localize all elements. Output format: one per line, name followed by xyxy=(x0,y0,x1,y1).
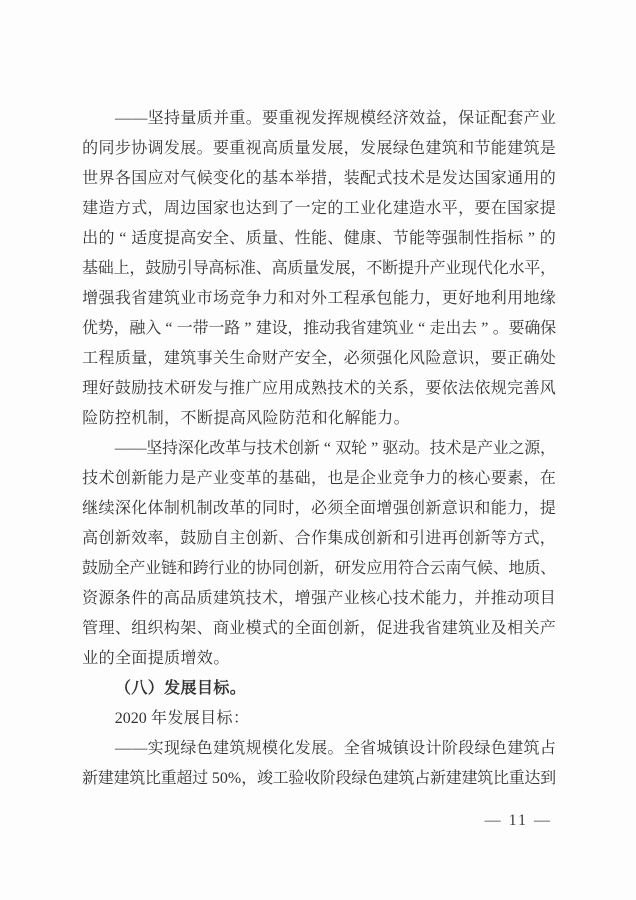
glyph: 入 xyxy=(145,314,161,344)
text-line: 险防控机制，不断提高风险防范和化解能力。 xyxy=(82,404,556,434)
glyph: 走 xyxy=(430,314,446,344)
glyph: 防 xyxy=(98,404,114,434)
glyph: 化 xyxy=(278,734,294,764)
glyph: 集 xyxy=(327,524,343,554)
glyph: 色 xyxy=(491,734,507,764)
text-line: 工程质量，建筑事关生命财产安全，必须强化风险意识，要正确处 xyxy=(82,344,556,374)
glyph: 解 xyxy=(344,404,360,434)
glyph: ） xyxy=(148,674,164,704)
glyph: ， xyxy=(474,344,490,374)
glyph: 建 xyxy=(82,194,98,224)
glyph: 时 xyxy=(278,494,294,524)
glyph: 场 xyxy=(213,284,229,314)
glyph: 产 xyxy=(540,614,556,644)
glyph: 是 xyxy=(344,464,360,494)
glyph: 创 xyxy=(245,524,261,554)
glyph: 世 xyxy=(82,164,98,194)
glyph: 全 xyxy=(344,734,360,764)
glyph: 安 xyxy=(294,344,310,374)
text-line: 高创新效率，鼓励自主创新、合作集成创新和引进再创新等方式， xyxy=(82,524,556,554)
glyph: 理 xyxy=(82,374,98,404)
glyph: 广 xyxy=(245,374,261,404)
glyph: 业 xyxy=(145,554,161,584)
glyph: — xyxy=(131,434,147,464)
glyph: 管 xyxy=(82,614,98,644)
glyph: 占 xyxy=(540,734,556,764)
glyph: 筑 xyxy=(180,344,196,374)
glyph: 重 xyxy=(229,104,245,134)
glyph: 风 xyxy=(540,374,556,404)
glyph: 模 xyxy=(262,734,278,764)
glyph: 效 xyxy=(409,104,425,134)
glyph: ， xyxy=(294,494,310,524)
glyph: — xyxy=(115,104,131,134)
glyph: 建 xyxy=(147,284,163,314)
glyph: 造 xyxy=(98,194,114,224)
glyph: 财 xyxy=(262,344,278,374)
glyph: 技 xyxy=(327,374,343,404)
glyph: 视 xyxy=(295,104,311,134)
glyph: 地 xyxy=(509,554,525,584)
glyph: 经 xyxy=(376,104,392,134)
glyph: 动 xyxy=(319,314,335,344)
glyph: 术 xyxy=(262,584,278,614)
text-line: 技术创新能力是产业变革的基础，也是企业竞争力的核心要素，在 xyxy=(82,464,556,494)
glyph: 系 xyxy=(393,374,409,404)
glyph: 展 xyxy=(327,134,343,164)
glyph: 件 xyxy=(131,584,147,614)
glyph: “ xyxy=(414,314,430,344)
glyph: 业 xyxy=(180,284,196,314)
glyph: ， xyxy=(241,764,257,794)
glyph: 能 xyxy=(393,284,409,314)
glyph: 基 xyxy=(82,254,98,284)
glyph: 用 xyxy=(382,554,398,584)
glyph: 的 xyxy=(245,494,261,524)
glyph: 重 xyxy=(229,134,245,164)
glyph: 重 xyxy=(278,104,294,134)
glyph: 能 xyxy=(147,464,163,494)
glyph: 建 xyxy=(442,614,458,644)
glyph: 面 xyxy=(311,614,327,644)
glyph: 标 xyxy=(216,704,232,734)
glyph: 。 xyxy=(213,644,229,674)
glyph: 能 xyxy=(491,134,507,164)
glyph: 构 xyxy=(164,614,180,644)
indent-spacer xyxy=(82,674,115,704)
glyph: 新 xyxy=(304,434,320,464)
glyph: ， xyxy=(540,524,556,554)
glyph: “ xyxy=(115,224,131,254)
glyph: 控 xyxy=(115,404,131,434)
glyph: 力 xyxy=(262,284,278,314)
glyph: 也 xyxy=(327,464,343,494)
glyph: 发 xyxy=(164,134,180,164)
glyph: 再 xyxy=(442,524,458,554)
glyph: 改 xyxy=(213,494,229,524)
glyph: 设 xyxy=(272,314,288,344)
glyph: 不 xyxy=(366,254,382,284)
glyph: 的 xyxy=(147,584,163,614)
glyph: 术 xyxy=(446,434,462,464)
glyph: 提 xyxy=(148,644,164,674)
indent-spacer xyxy=(82,104,115,134)
glyph: ， xyxy=(409,374,425,404)
glyph: 目 xyxy=(197,674,213,704)
glyph: — xyxy=(115,734,131,764)
glyph: “ xyxy=(161,314,177,344)
glyph: 筑 xyxy=(523,134,539,164)
glyph: 品 xyxy=(180,584,196,614)
glyph: 年 xyxy=(151,704,167,734)
glyph: 和 xyxy=(458,134,474,164)
glyph: ， xyxy=(523,464,539,494)
glyph: 边 xyxy=(180,194,196,224)
glyph: 术 xyxy=(409,584,425,614)
glyph: 了 xyxy=(278,194,294,224)
glyph: ： xyxy=(233,704,249,734)
glyph: 提 xyxy=(398,254,414,284)
glyph: 依 xyxy=(474,374,490,404)
glyph: 重 xyxy=(161,764,177,794)
glyph: 规 xyxy=(246,734,262,764)
glyph: 链 xyxy=(161,554,177,584)
glyph: 要 xyxy=(213,134,229,164)
glyph: — xyxy=(131,104,147,134)
glyph: 、 xyxy=(256,254,272,284)
glyph: 发 xyxy=(360,134,376,164)
glyph: 并 xyxy=(213,104,229,134)
glyph: 方 xyxy=(507,524,523,554)
glyph: 术 xyxy=(164,374,180,404)
glyph: 术 xyxy=(272,434,288,464)
glyph: 能 xyxy=(311,224,327,254)
text-line: ——实现绿色建筑规模化发展。全省城镇设计阶段绿色建筑占 xyxy=(82,734,556,764)
glyph: 产 xyxy=(278,344,294,374)
glyph: 筑 xyxy=(399,764,415,794)
glyph: 筑 xyxy=(164,284,180,314)
glyph: 产 xyxy=(196,464,212,494)
glyph: 力 xyxy=(507,494,523,524)
glyph: 发 xyxy=(295,734,311,764)
glyph: ” xyxy=(367,434,383,464)
glyph: 化 xyxy=(376,194,392,224)
glyph: ， xyxy=(360,614,376,644)
glyph: 色 xyxy=(409,134,425,164)
glyph: 造 xyxy=(409,194,425,224)
glyph: 生 xyxy=(229,344,245,374)
glyph: 条 xyxy=(115,584,131,614)
glyph: 也 xyxy=(229,194,245,224)
glyph: 驱 xyxy=(383,434,399,464)
text-line: 出的“适度提高安全、质量、性能、健康、节能等强制性指标”的 xyxy=(82,224,556,254)
glyph: 业 xyxy=(82,644,98,674)
glyph: 业 xyxy=(229,614,245,644)
glyph: 业 xyxy=(540,104,556,134)
glyph: 节 xyxy=(474,134,490,164)
glyph: 须 xyxy=(327,494,343,524)
glyph: 省 xyxy=(360,734,376,764)
glyph: 程 xyxy=(344,284,360,314)
glyph: ， xyxy=(344,134,360,164)
glyph: 应 xyxy=(147,164,163,194)
glyph: 方 xyxy=(115,194,131,224)
glyph: 和 xyxy=(177,554,193,584)
glyph: 必 xyxy=(311,494,327,524)
glyph: 举 xyxy=(294,164,310,194)
glyph: 之 xyxy=(509,434,525,464)
glyph: 展 xyxy=(335,254,351,284)
glyph: ， xyxy=(327,344,343,374)
glyph: 协 xyxy=(131,134,147,164)
glyph: 出 xyxy=(445,314,461,344)
glyph: 调 xyxy=(147,134,163,164)
glyph: 成 xyxy=(294,374,310,404)
glyph: 企 xyxy=(360,464,376,494)
glyph: 云 xyxy=(430,554,446,584)
glyph: 化 xyxy=(194,434,210,464)
glyph: 标 xyxy=(224,254,240,284)
indent-spacer xyxy=(82,704,115,734)
glyph: 家 xyxy=(491,164,507,194)
glyph: 用 xyxy=(278,374,294,404)
glyph: 化 xyxy=(393,344,409,374)
glyph: 导 xyxy=(193,254,209,284)
glyph: 能 xyxy=(361,404,377,434)
text-line: ——坚持深化改革与技术创新“双轮”驱动。技术是产业之源， xyxy=(82,434,556,464)
glyph: 新 xyxy=(115,524,131,554)
glyph: 省 xyxy=(131,284,147,314)
glyph: 强 xyxy=(393,494,409,524)
glyph: 达 xyxy=(458,164,474,194)
glyph: 出 xyxy=(82,224,98,254)
glyph: 推 xyxy=(229,374,245,404)
glyph: 水 xyxy=(509,254,525,284)
glyph: 康 xyxy=(360,224,376,254)
glyph: 质 xyxy=(115,344,131,374)
glyph: ” xyxy=(240,314,256,344)
glyph: 路 xyxy=(224,314,240,344)
glyph: 适 xyxy=(131,224,147,254)
glyph: 新 xyxy=(303,554,319,584)
glyph: 现 xyxy=(461,254,477,284)
text-line: （八）发展目标。 xyxy=(82,674,556,704)
glyph: 超 xyxy=(176,764,192,794)
glyph: 制 xyxy=(458,224,474,254)
glyph: 候 xyxy=(477,554,493,584)
glyph: 促 xyxy=(376,614,392,644)
glyph: 证 xyxy=(474,104,490,134)
glyph: 核 xyxy=(360,584,376,614)
glyph: 事 xyxy=(196,344,212,374)
glyph: 业 xyxy=(360,194,376,224)
glyph: 机 xyxy=(131,404,147,434)
glyph: 依 xyxy=(442,374,458,404)
glyph: 面 xyxy=(131,644,147,674)
glyph: 等 xyxy=(425,224,441,254)
text-line: 新建建筑比重超过 50%，竣工验收阶段绿色建筑占新建建筑比重达到 xyxy=(82,764,556,794)
glyph: 高 xyxy=(164,584,180,614)
glyph: 变 xyxy=(213,164,229,194)
glyph: 增 xyxy=(180,644,196,674)
glyph: 。 xyxy=(414,434,430,464)
glyph: 是 xyxy=(461,434,477,464)
glyph: 力 xyxy=(442,584,458,614)
glyph: 色 xyxy=(197,734,213,764)
glyph: 业 xyxy=(376,464,392,494)
glyph: 建 xyxy=(366,314,382,344)
glyph: 对 xyxy=(164,164,180,194)
glyph: 用 xyxy=(523,164,539,194)
glyph: 自 xyxy=(213,524,229,554)
glyph: 筑 xyxy=(458,614,474,644)
glyph: 建 xyxy=(383,764,399,794)
glyph: 工 xyxy=(82,344,98,374)
glyph: 断 xyxy=(382,254,398,284)
glyph: 继 xyxy=(82,494,98,524)
text-line: 优势，融入“一带一路”建设，推动我省建筑业“走出去”。要确保 xyxy=(82,314,556,344)
glyph: 竞 xyxy=(229,284,245,314)
glyph: 我 xyxy=(409,614,425,644)
glyph: 新 xyxy=(376,524,392,554)
glyph: ， xyxy=(278,584,294,614)
glyph: ， xyxy=(147,344,163,374)
glyph: 产 xyxy=(523,104,539,134)
glyph: 色 xyxy=(367,764,383,794)
text-line: 建造方式，周边国家也达到了一定的工业化建造水平，要在国家提 xyxy=(82,194,556,224)
glyph: ” xyxy=(477,314,493,344)
text-line: 业的全面提质增效。 xyxy=(82,644,556,674)
glyph: 建 xyxy=(393,194,409,224)
glyph: 技 xyxy=(147,374,163,404)
glyph: ， xyxy=(311,464,327,494)
glyph: 措 xyxy=(311,164,327,194)
glyph: 产 xyxy=(477,434,493,464)
text-line: 管理、组织构架、商业模式的全面创新，促进我省建筑业及相关产 xyxy=(82,614,556,644)
glyph: 创 xyxy=(115,464,131,494)
glyph: 一 xyxy=(208,314,224,344)
glyph: 视 xyxy=(245,134,261,164)
glyph: 技 xyxy=(245,584,261,614)
glyph: 配 xyxy=(491,104,507,134)
glyph: 。 xyxy=(196,134,212,164)
glyph: 济 xyxy=(393,104,409,134)
glyph: 性 xyxy=(294,224,310,254)
glyph: 符 xyxy=(398,554,414,584)
glyph: 作 xyxy=(311,524,327,554)
glyph: 模 xyxy=(360,104,376,134)
glyph: 技 xyxy=(82,464,98,494)
glyph: 面 xyxy=(360,494,376,524)
glyph: 建 xyxy=(98,764,114,794)
glyph: 阶 xyxy=(320,764,336,794)
glyph: ， xyxy=(458,584,474,614)
glyph: 同 xyxy=(262,494,278,524)
glyph: 创 xyxy=(409,494,425,524)
glyph: 段 xyxy=(458,734,474,764)
glyph: 好 xyxy=(458,284,474,314)
glyph: 通 xyxy=(507,164,523,194)
glyph: 组 xyxy=(131,614,147,644)
glyph: 的 xyxy=(262,464,278,494)
glyph: ， xyxy=(458,194,474,224)
glyph: 规 xyxy=(344,104,360,134)
glyph: 式 xyxy=(262,614,278,644)
glyph: 源 xyxy=(524,434,540,464)
glyph: 项 xyxy=(523,584,539,614)
glyph: 到 xyxy=(540,764,556,794)
glyph: “ xyxy=(320,434,336,464)
glyph: 我 xyxy=(335,314,351,344)
glyph: 带 xyxy=(193,314,209,344)
glyph: 源 xyxy=(98,584,114,614)
glyph: 周 xyxy=(164,194,180,224)
glyph: 化 xyxy=(229,164,245,194)
glyph: 全 xyxy=(344,494,360,524)
glyph: 保 xyxy=(540,314,556,344)
glyph: 制 xyxy=(148,404,164,434)
glyph: 省 xyxy=(351,314,367,344)
glyph: 规 xyxy=(491,374,507,404)
glyph: 省 xyxy=(425,614,441,644)
glyph: 革 xyxy=(225,434,241,464)
text-line: 理好鼓励技术研发与推广应用成熟技术的关系，要依法依规完善风 xyxy=(82,374,556,404)
glyph: 关 xyxy=(523,614,539,644)
glyph: 新 xyxy=(344,614,360,644)
glyph: 率 xyxy=(147,524,163,554)
glyph: 建 xyxy=(507,734,523,764)
glyph: 城 xyxy=(376,734,392,764)
text-line: 2020 年发展目标： xyxy=(82,704,556,734)
glyph: 模 xyxy=(245,614,261,644)
document-page: ——坚持量质并重。要重视发挥规模经济效益，保证配套产业的同步协调发展。要重视高质… xyxy=(0,0,636,900)
glyph: 改 xyxy=(209,434,225,464)
glyph: 挥 xyxy=(327,104,343,134)
glyph: 正 xyxy=(507,344,523,374)
glyph: ” xyxy=(523,224,539,254)
glyph: 段 xyxy=(336,764,352,794)
glyph: ， xyxy=(523,494,539,524)
text-line: 基础上，鼓励引导高标准、高质量发展，不断提升产业现代化水平， xyxy=(82,254,556,284)
text-line: 的同步协调发展。要重视高质量发展，发展绿色建筑和节能建筑是 xyxy=(82,134,556,164)
glyph: 缘 xyxy=(540,284,556,314)
glyph: 处 xyxy=(540,344,556,374)
glyph: 占 xyxy=(414,764,430,794)
indent-spacer xyxy=(82,734,115,764)
glyph: 须 xyxy=(360,344,376,374)
glyph: 高 xyxy=(262,134,278,164)
glyph: 提 xyxy=(164,224,180,254)
glyph: 识 xyxy=(458,494,474,524)
glyph: 完 xyxy=(507,374,523,404)
glyph: 上 xyxy=(114,254,130,284)
glyph: 轮 xyxy=(351,434,367,464)
glyph: 竣 xyxy=(257,764,273,794)
glyph: 工 xyxy=(273,764,289,794)
glyph: 确 xyxy=(524,314,540,344)
glyph: 增 xyxy=(82,284,98,314)
glyph: 意 xyxy=(442,494,458,524)
glyph: 创 xyxy=(288,434,304,464)
glyph: 优 xyxy=(82,314,98,344)
glyph: ， xyxy=(114,314,130,344)
glyph: 安 xyxy=(196,224,212,254)
glyph: 势 xyxy=(98,314,114,344)
glyph: 制 xyxy=(196,494,212,524)
glyph: 确 xyxy=(523,344,539,374)
glyph: 励 xyxy=(131,374,147,404)
glyph: 争 xyxy=(409,464,425,494)
